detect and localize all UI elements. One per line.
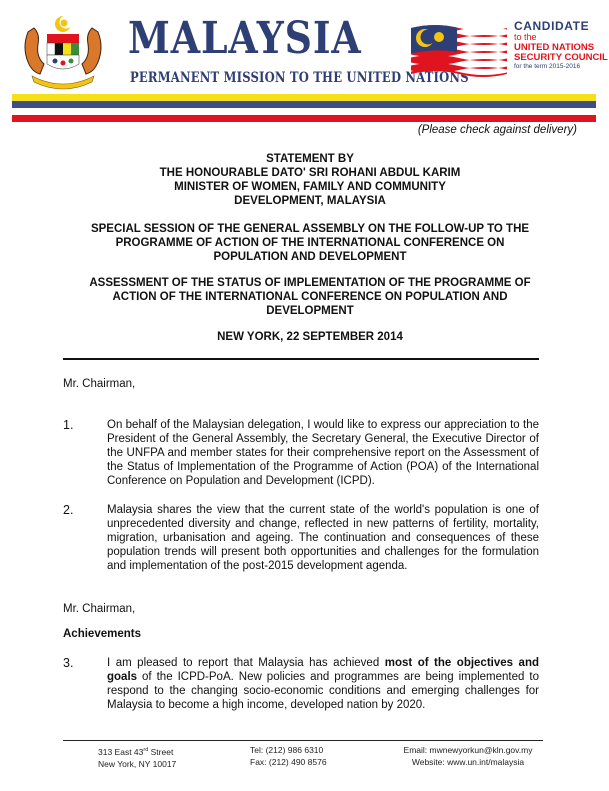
statement-line4: DEVELOPMENT, MALAYSIA [60, 194, 560, 208]
malaysia-flag-icon [409, 22, 509, 80]
paragraph-number: 3. [63, 656, 73, 670]
paragraph-number: 1. [63, 418, 73, 432]
paragraph-text: On behalf of the Malaysian delegation, I… [107, 418, 539, 488]
paragraph-2: 2. Malaysia shares the view that the cur… [63, 503, 539, 573]
assessment-line3: DEVELOPMENT [60, 304, 560, 318]
paragraph-text-end: of the ICPD-PoA. New policies and progra… [107, 671, 539, 711]
fax-number: Fax: (212) 490 8576 [250, 756, 327, 768]
session-line2: PROGRAMME OF ACTION OF THE INTERNATIONAL… [60, 236, 560, 250]
salutation: Mr. Chairman, [63, 603, 135, 615]
website-link[interactable]: Website: www.un.int/malaysia [388, 756, 548, 768]
statement-line3: MINISTER OF WOMEN, FAMILY AND COMMUNITY [60, 180, 560, 194]
red-stripe [12, 115, 596, 122]
paragraph-text-start: I am pleased to report that Malaysia has… [107, 657, 385, 669]
delivery-note: (Please check against delivery) [418, 124, 577, 136]
paragraph-3: 3. I am pleased to report that Malaysia … [63, 656, 539, 712]
assessment-block: ASSESSMENT OF THE STATUS OF IMPLEMENTATI… [60, 276, 560, 318]
statement-by-block: STATEMENT BY THE HONOURABLE DATO' SRI RO… [60, 152, 560, 208]
candidate-line3: SECURITY COUNCIL [514, 53, 609, 63]
footer-contact: Email: mwnewyorkun@kln.gov.my Website: w… [388, 744, 548, 768]
paragraph-text: Malaysia shares the view that the curren… [107, 503, 539, 573]
unsc-candidate-badge: CANDIDATE to the UNITED NATIONS SECURITY… [514, 20, 609, 70]
street-number: 313 East 43 [98, 747, 143, 757]
coat-of-arms-icon [20, 12, 106, 92]
paragraph-text: I am pleased to report that Malaysia has… [107, 656, 539, 712]
statement-line1: STATEMENT BY [60, 152, 560, 166]
statement-line2: THE HONOURABLE DATO' SRI ROHANI ABDUL KA… [60, 166, 560, 180]
candidate-term: for the term 2015-2016 [514, 63, 609, 70]
paragraph-number: 2. [63, 503, 73, 517]
email-link[interactable]: Email: mwnewyorkun@kln.gov.my [388, 744, 548, 756]
session-line3: POPULATION AND DEVELOPMENT [60, 250, 560, 264]
candidate-title: CANDIDATE [514, 20, 609, 33]
footer-divider [63, 740, 543, 741]
assessment-line2: ACTION OF THE INTERNATIONAL CONFERENCE O… [60, 290, 560, 304]
footer-phone: Tel: (212) 986 6310 Fax: (212) 490 8576 [250, 744, 327, 768]
tel-number: Tel: (212) 986 6310 [250, 744, 327, 756]
footer-address: 313 East 43rd Street New York, NY 10017 [98, 744, 176, 770]
header-divider [63, 358, 539, 360]
place-date: NEW YORK, 22 SEPTEMBER 2014 [60, 330, 560, 344]
session-line1: SPECIAL SESSION OF THE GENERAL ASSEMBLY … [60, 222, 560, 236]
yellow-stripe [12, 94, 596, 101]
blue-stripe [12, 101, 596, 108]
address-city: New York, NY 10017 [98, 758, 176, 770]
letterhead-country: MALAYSIA [128, 14, 362, 64]
paragraph-1: 1. On behalf of the Malaysian delegation… [63, 418, 539, 488]
address-street: 313 East 43rd Street [98, 744, 176, 758]
achievements-heading: Achievements [63, 628, 141, 640]
assessment-line1: ASSESSMENT OF THE STATUS OF IMPLEMENTATI… [60, 276, 560, 290]
street-name: Street [148, 747, 173, 757]
session-block: SPECIAL SESSION OF THE GENERAL ASSEMBLY … [60, 222, 560, 264]
salutation: Mr. Chairman, [63, 378, 135, 390]
